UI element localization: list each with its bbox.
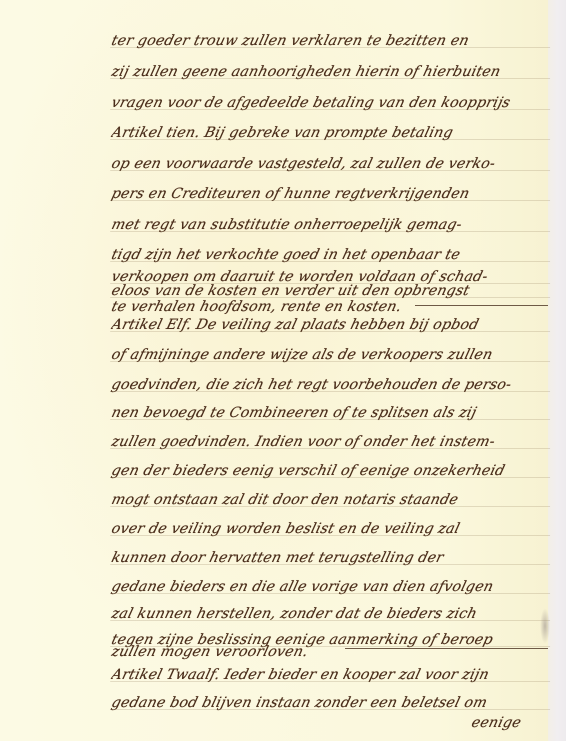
end-of-article-rule	[415, 305, 548, 306]
text-line: met regt van substitutie onherroepelijk …	[108, 210, 555, 240]
text-line: gen der bieders eenig verschil of eenige…	[108, 456, 555, 486]
article-twelve-heading-line: Artikel Twaalf. Ieder bieder en kooper z…	[108, 660, 555, 690]
text-line: goedvinden, die zich het regt voorbehoud…	[108, 370, 555, 400]
text-line: of afmijninge andere wijze als de verkoo…	[108, 340, 555, 370]
text-line: pers en Crediteuren of hunne regtverkrij…	[108, 179, 555, 209]
article-ten-heading-line: Artikel tien. Bij gebreke van prompte be…	[108, 118, 555, 148]
text-line: ter goeder trouw zullen verklaren te bez…	[108, 26, 555, 56]
text-line: over de veiling worden beslist en de vei…	[108, 514, 555, 544]
text-line: vragen voor de afgedeelde betaling van d…	[108, 88, 555, 118]
text-line: mogt ontstaan zal dit door den notaris s…	[108, 485, 555, 515]
text-line: zij zullen geene aanhoorigheden hierin o…	[108, 57, 555, 87]
catchword: eenige	[468, 708, 555, 738]
text-line: op een voorwaarde vastgesteld, zal zulle…	[108, 149, 555, 179]
text-line: zullen goedvinden. Indien voor of onder …	[108, 427, 555, 457]
text-line: gedane bieders en die alle vorige van di…	[108, 572, 555, 602]
article-eleven-heading-line: Artikel Elf. De veiling zal plaats hebbe…	[108, 310, 555, 340]
text-line: kunnen door hervatten met terugstelling …	[108, 543, 555, 573]
end-of-article-rule	[345, 648, 548, 649]
text-line: nen bevoegd te Combineeren of te splitse…	[108, 398, 555, 428]
